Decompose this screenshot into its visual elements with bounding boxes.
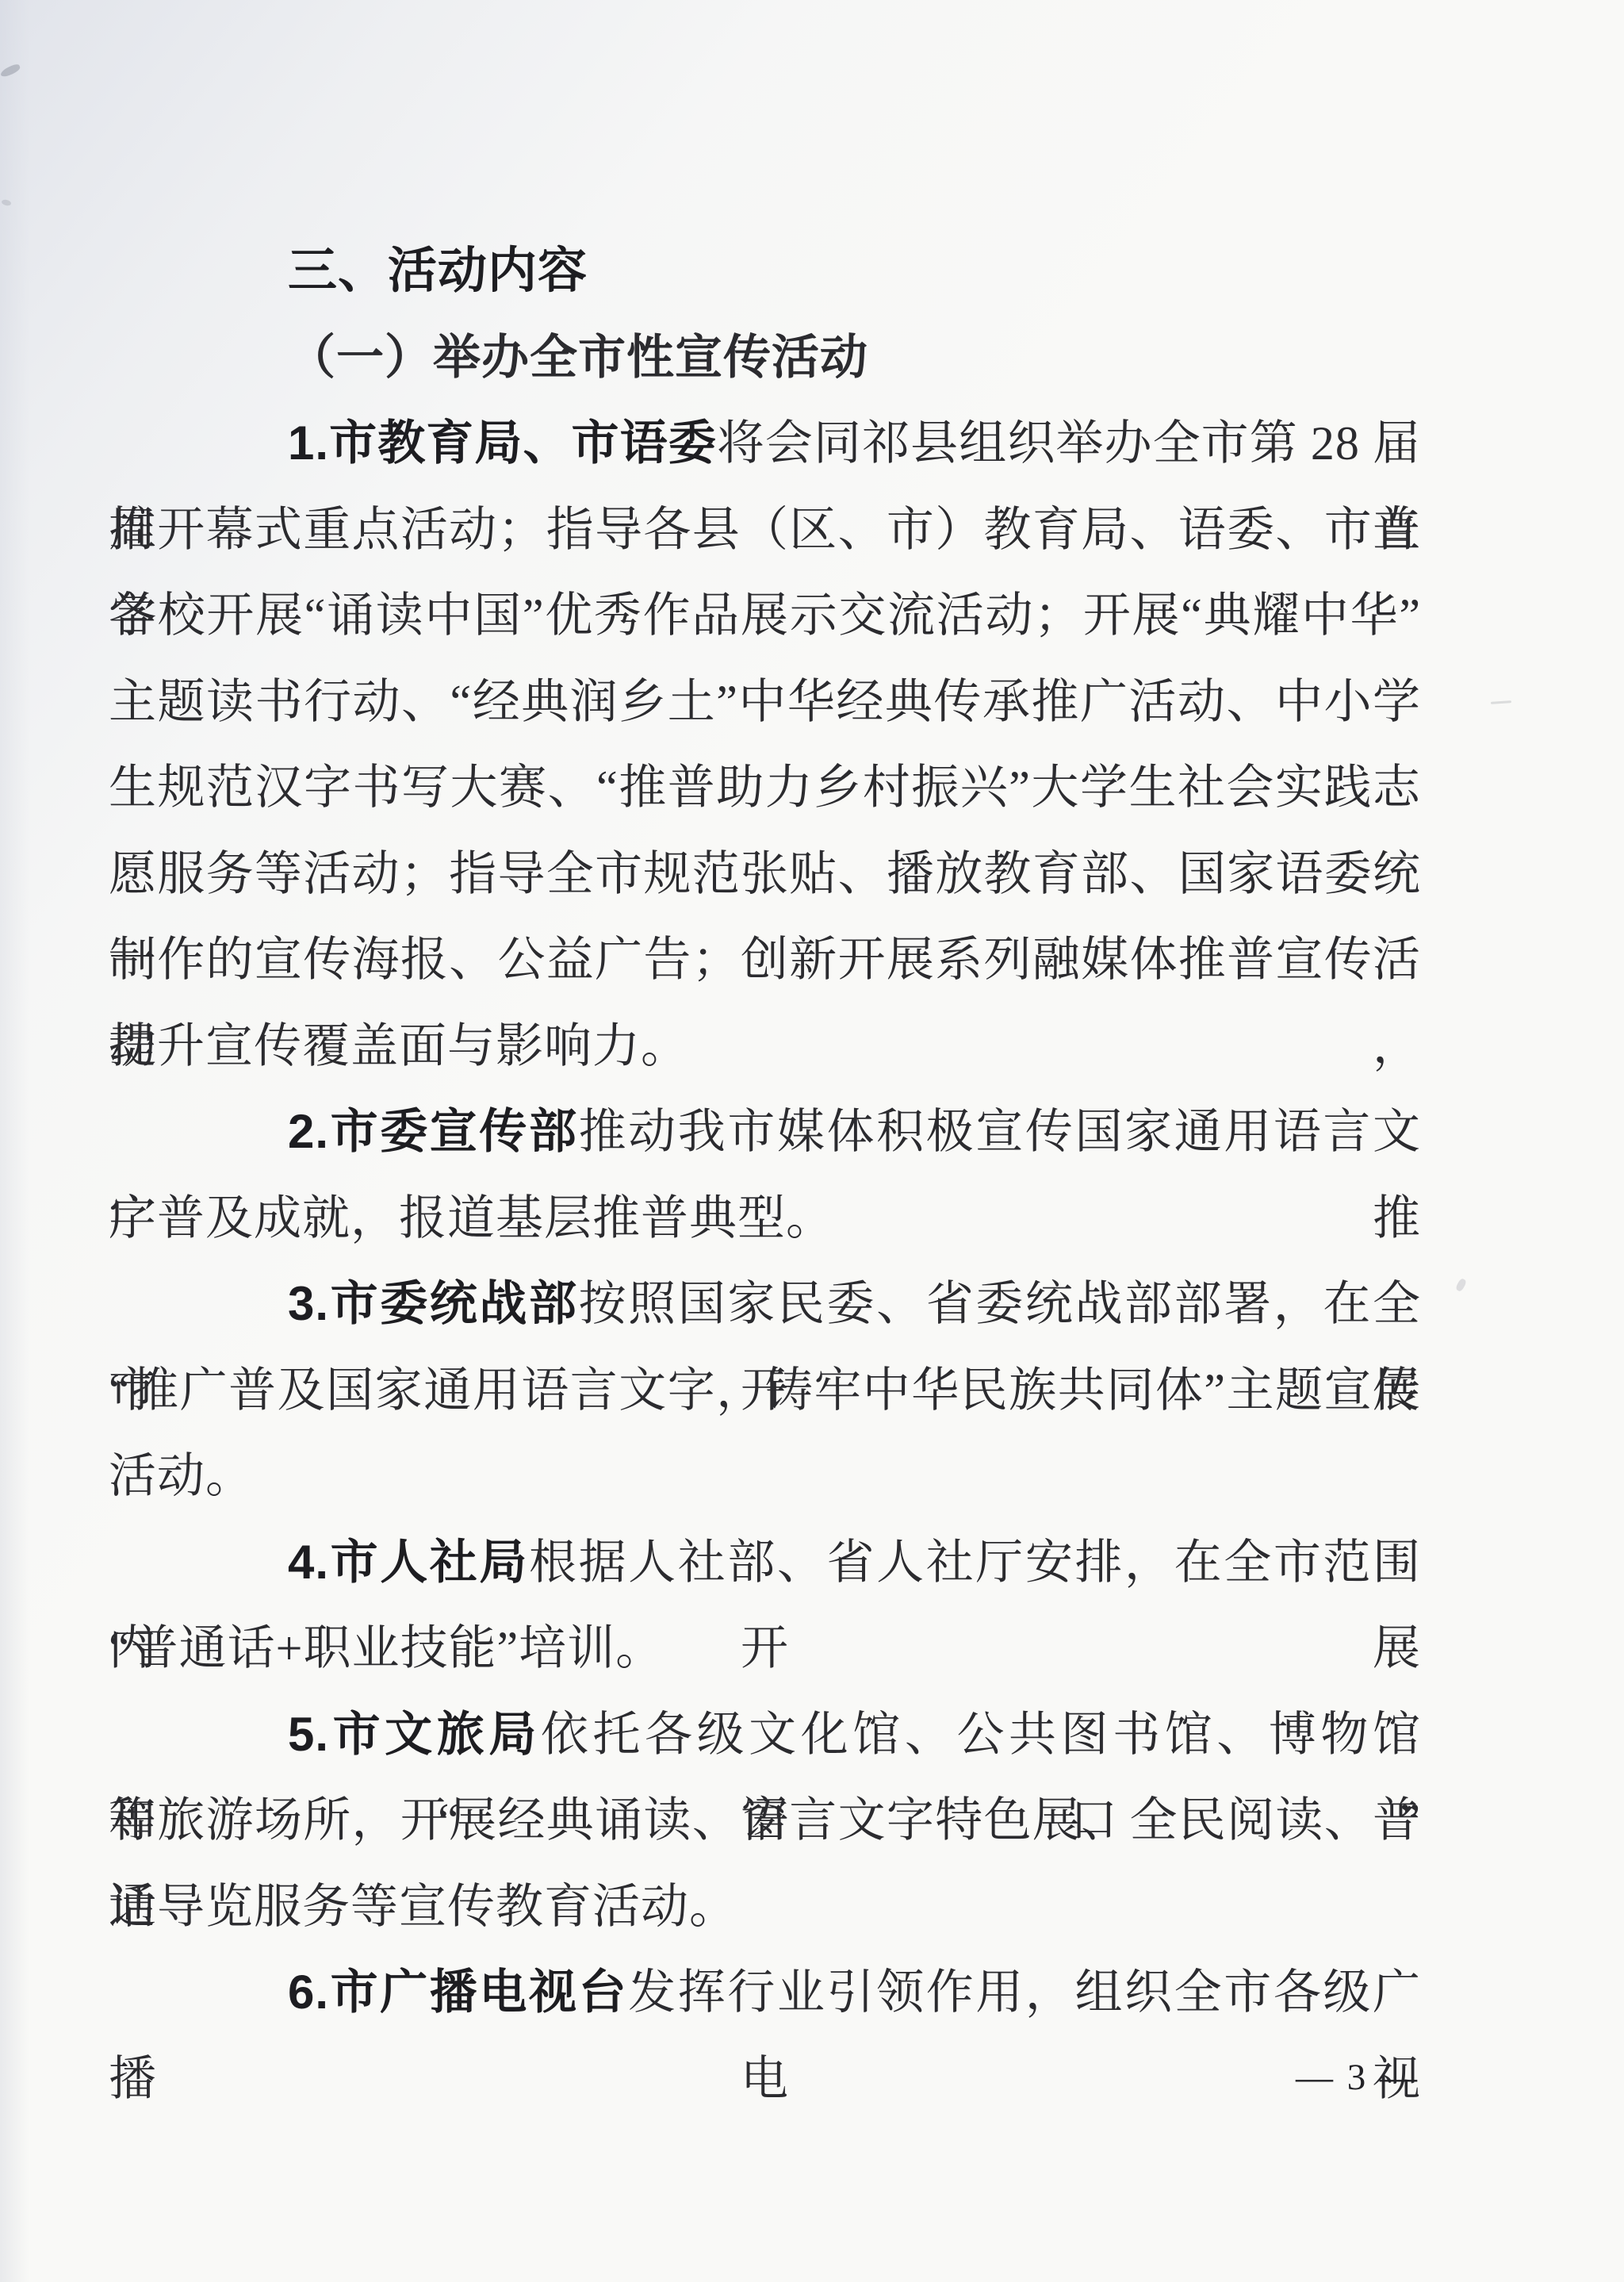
scan-speck (1, 199, 11, 207)
document-line: 活动。 (109, 1433, 1421, 1520)
line-text: 主题读书行动、“经典润乡土”中华经典传承推广活动、中小学 (109, 676, 1421, 728)
agency-name-bold: 6.市广播电视台 (288, 1966, 628, 2019)
section-heading: 三、活动内容 (109, 228, 1421, 315)
subsection-heading: （一）举办全市性宣传活动 (109, 315, 1421, 401)
line-text: 话导览服务等宣传教育活动。 (109, 1881, 737, 1933)
line-text: “推广普及国家通用语言文字，铸牢中华民族共同体”主题宣传 (109, 1364, 1421, 1417)
document-line: 话导览服务等宣传教育活动。 (109, 1864, 1421, 1950)
document-body: 1.市教育局、市语委将会同祁县组织举办全市第 28 届推普周开幕式重点活动；指导… (109, 401, 1421, 2036)
document-line: 生规范汉字书写大赛、“推普助力乡村振兴”大学生社会实践志 (109, 745, 1421, 831)
scanned-document-page: 三、活动内容 （一）举办全市性宣传活动 1.市教育局、市语委将会同祁县组织举办全… (0, 0, 1624, 2282)
document-line: 6.市广播电视台发挥行业引领作用，组织全市各级广播电视 (109, 1950, 1421, 2036)
scan-speck (1455, 1278, 1467, 1292)
document-line: 1.市教育局、市语委将会同祁县组织举办全市第 28 届推普 (109, 401, 1421, 487)
agency-name-bold: 4.市人社局 (288, 1536, 529, 1589)
document-line: 3.市委统战部按照国家民委、省委统战部部署，在全市开展 (109, 1261, 1421, 1348)
document-content: 三、活动内容 （一）举办全市性宣传活动 1.市教育局、市语委将会同祁县组织举办全… (109, 228, 1421, 2036)
scan-speck (1491, 700, 1511, 704)
line-text: 广普及成就，报道基层推普典型。 (109, 1192, 834, 1245)
line-text: 活动。 (109, 1450, 254, 1502)
document-line: 2.市委宣传部推动我市媒体积极宣传国家通用语言文字推 (109, 1089, 1421, 1176)
agency-name-bold: 2.市委宣传部 (288, 1105, 579, 1158)
document-line: 学校开展“诵读中国”优秀作品展示交流活动；开展“典耀中华” (109, 573, 1421, 659)
line-text: 学校开展“诵读中国”优秀作品展示交流活动；开展“典耀中华” (109, 589, 1421, 642)
document-line: 周开幕式重点活动；指导各县（区、市）教育局、语委、市直各 (109, 487, 1421, 573)
document-line: 4.市人社局根据人社部、省人社厅安排，在全市范围内开展 (109, 1520, 1421, 1606)
page-number: — 3 — (1296, 2051, 1419, 2104)
line-text: 提升宣传覆盖面与影响力。 (109, 1020, 689, 1072)
document-line: 和旅游场所，开展经典诵读、语言文字特色展、全民阅读、普通 (109, 1778, 1421, 1864)
scan-speck (0, 63, 21, 79)
agency-name-bold: 3.市委统战部 (288, 1277, 579, 1330)
line-text: 生规范汉字书写大赛、“推普助力乡村振兴”大学生社会实践志 (109, 761, 1421, 814)
document-line: 5.市文旅局依托各级文化馆、公共图书馆、博物馆等“窗口” (109, 1692, 1421, 1778)
document-line: 愿服务等活动；指导全市规范张贴、播放教育部、国家语委统一 (109, 831, 1421, 918)
agency-name-bold: 1.市教育局、市语委 (288, 416, 717, 470)
agency-name-bold: 5.市文旅局 (288, 1708, 541, 1761)
document-line: 主题读书行动、“经典润乡土”中华经典传承推广活动、中小学 (109, 659, 1421, 746)
document-line: 制作的宣传海报、公益广告；创新开展系列融媒体推普宣传活动， (109, 917, 1421, 1003)
document-line: “推广普及国家通用语言文字，铸牢中华民族共同体”主题宣传 (109, 1348, 1421, 1434)
line-text: “普通话+职业技能”培训。 (109, 1622, 664, 1674)
